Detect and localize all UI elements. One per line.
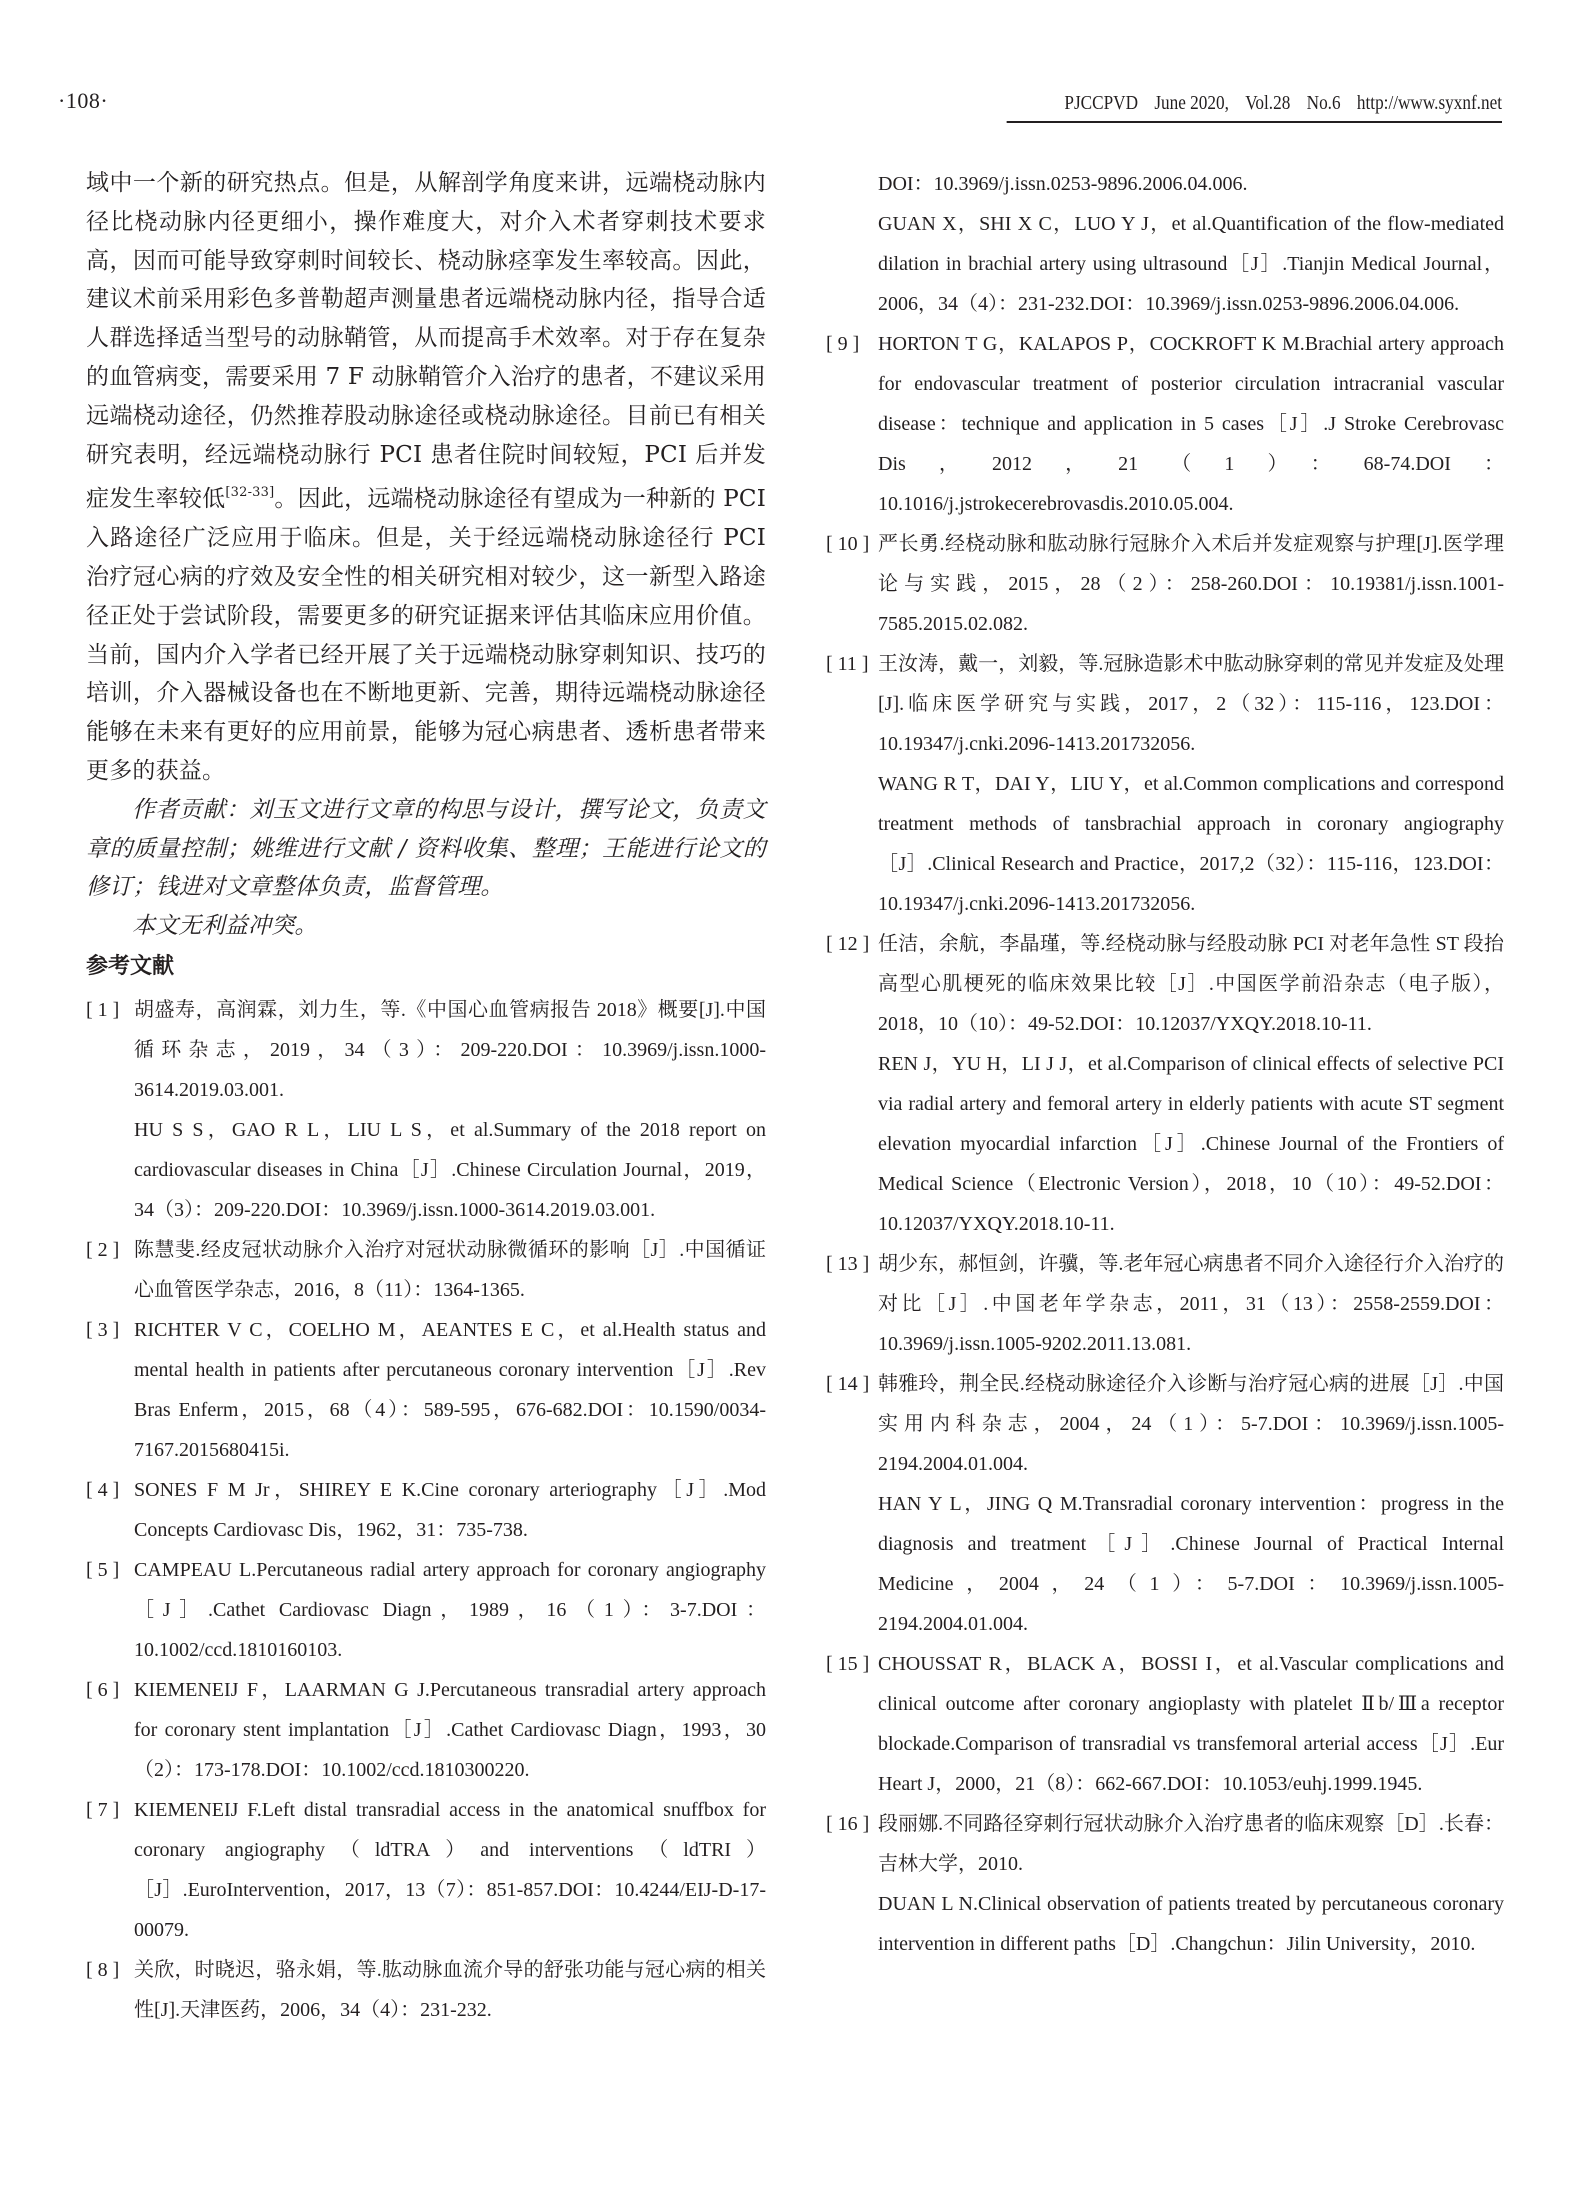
reference-text: CAMPEAU L.Percutaneous radial artery app… <box>134 1550 766 1670</box>
reference-number[interactable]: [ 8 ] <box>86 1950 119 1990</box>
left-column: 域中一个新的研究热点。但是，从解剖学角度来讲，远端桡动脉内径比桡动脉内径更细小，… <box>86 164 766 2030</box>
reference-item: [ 10 ] 严长勇.经桡动脉和肱动脉行冠脉介入术后并发症观察与护理[J].医学… <box>826 524 1504 644</box>
reference-text: 严长勇.经桡动脉和肱动脉行冠脉介入术后并发症观察与护理[J].医学理论与实践，2… <box>878 524 1504 644</box>
reference-number[interactable]: [ 14 ] <box>826 1364 869 1404</box>
reference-number[interactable]: [ 10 ] <box>826 524 869 564</box>
discussion-paragraph: 域中一个新的研究热点。但是，从解剖学角度来讲，远端桡动脉内径比桡动脉内径更细小，… <box>86 164 766 791</box>
issue-date: June 2020, <box>1154 92 1229 114</box>
reference-item: [ 16 ] 段丽娜.不同路径穿刺行冠状动脉介入治疗患者的临床观察［D］.长春：… <box>826 1804 1504 1964</box>
page-number: ·108· <box>58 88 108 114</box>
reference-text: KIEMENEIJ F，LAARMAN G J.Percutaneous tra… <box>134 1670 766 1790</box>
reference-item: [ 1 ] 胡盛寿，高润霖，刘力生，等.《中国心血管病报告 2018》概要[J]… <box>86 990 766 1230</box>
reference-text: KIEMENEIJ F.Left distal transradial acce… <box>134 1790 766 1950</box>
reference-number[interactable]: [ 6 ] <box>86 1670 119 1710</box>
reference-item: [ 3 ] RICHTER V C，COELHO M，AEANTES E C，e… <box>86 1310 766 1470</box>
right-column: DOI：10.3969/j.issn.0253-9896.2006.04.006… <box>826 164 1504 1964</box>
reference-text: 王汝涛，戴一，刘毅，等.冠脉造影术中肱动脉穿刺的常见并发症及处理[J].临床医学… <box>878 644 1504 764</box>
reference-text: HORTON T G，KALAPOS P，COCKROFT K M.Brachi… <box>878 324 1504 524</box>
reference-item: [ 9 ] HORTON T G，KALAPOS P，COCKROFT K M.… <box>826 324 1504 524</box>
author-contribution: 作者贡献：刘玉文进行文章的构思与设计，撰写论文，负责文章的质量控制；姚维进行文献… <box>86 791 766 907</box>
reference-number[interactable]: [ 12 ] <box>826 924 869 964</box>
references-heading: 参考文献 <box>86 948 766 986</box>
volume: Vol.28 <box>1245 92 1290 114</box>
reference-text: 任洁，余航，李晶瑾，等.经桡动脉与经股动脉 PCI 对老年急性 ST 段抬高型心… <box>878 924 1504 1044</box>
reference-text: 胡少东，郝恒剑，许骥，等.老年冠心病患者不同介入途径行介入治疗的对比［J］.中国… <box>878 1244 1504 1364</box>
reference-item: [ 4 ] SONES F M Jr，SHIREY E K.Cine coron… <box>86 1470 766 1550</box>
journal-website-link[interactable]: http://www.syxnf.net <box>1357 92 1502 114</box>
reference-translation: WANG R T，DAI Y，LIU Y，et al.Common compli… <box>878 764 1504 924</box>
reference-number[interactable]: [ 9 ] <box>826 324 859 364</box>
reference-number[interactable]: [ 13 ] <box>826 1244 869 1284</box>
reference-item-continued: DOI：10.3969/j.issn.0253-9896.2006.04.006… <box>826 164 1504 324</box>
reference-text: 韩雅玲，荆全民.经桡动脉途径介入诊断与治疗冠心病的进展［J］.中国实用内科杂志，… <box>878 1364 1504 1484</box>
reference-number[interactable]: [ 3 ] <box>86 1310 119 1350</box>
reference-item: [ 13 ] 胡少东，郝恒剑，许骥，等.老年冠心病患者不同介入途径行介入治疗的对… <box>826 1244 1504 1364</box>
reference-item: [ 7 ] KIEMENEIJ F.Left distal transradia… <box>86 1790 766 1950</box>
citation-link[interactable]: [32-33] <box>225 485 274 500</box>
journal-abbreviation: PJCCPVD <box>1064 92 1138 114</box>
reference-text: 段丽娜.不同路径穿刺行冠状动脉介入治疗患者的临床观察［D］.长春：吉林大学，20… <box>878 1804 1504 1884</box>
reference-item: [ 12 ] 任洁，余航，李晶瑾，等.经桡动脉与经股动脉 PCI 对老年急性 S… <box>826 924 1504 1244</box>
reference-translation: HU S S，GAO R L，LIU L S，et al.Summary of … <box>134 1110 766 1230</box>
reference-number[interactable]: [ 5 ] <box>86 1550 119 1590</box>
reference-number[interactable]: [ 11 ] <box>826 644 869 684</box>
reference-text: 关欣，时晓迟，骆永娟，等.肱动脉血流介导的舒张功能与冠心病的相关性[J].天津医… <box>134 1950 766 2030</box>
reference-translation: HAN Y L，JING Q M.Transradial coronary in… <box>878 1484 1504 1644</box>
reference-number[interactable]: [ 16 ] <box>826 1804 869 1844</box>
reference-text: 陈慧斐.经皮冠状动脉介入治疗对冠状动脉微循环的影响［J］.中国循证心血管医学杂志… <box>134 1230 766 1310</box>
reference-number[interactable]: [ 4 ] <box>86 1470 119 1510</box>
reference-item: [ 2 ] 陈慧斐.经皮冠状动脉介入治疗对冠状动脉微循环的影响［J］.中国循证心… <box>86 1230 766 1310</box>
reference-item: [ 6 ] KIEMENEIJ F，LAARMAN G J.Percutaneo… <box>86 1670 766 1790</box>
reference-text: RICHTER V C，COELHO M，AEANTES E C，et al.H… <box>134 1310 766 1470</box>
reference-text: 胡盛寿，高润霖，刘力生，等.《中国心血管病报告 2018》概要[J].中国循环杂… <box>134 990 766 1110</box>
reference-text: CHOUSSAT R，BLACK A，BOSSI I，et al.Vascula… <box>878 1644 1504 1804</box>
reference-text-cont: DOI：10.3969/j.issn.0253-9896.2006.04.006… <box>878 164 1504 204</box>
reference-translation: DUAN L N.Clinical observation of patient… <box>878 1884 1504 1964</box>
reference-number[interactable]: [ 1 ] <box>86 990 119 1030</box>
reference-item: [ 11 ] 王汝涛，戴一，刘毅，等.冠脉造影术中肱动脉穿刺的常见并发症及处理[… <box>826 644 1504 924</box>
reference-number[interactable]: [ 2 ] <box>86 1230 119 1270</box>
conflict-of-interest: 本文无利益冲突。 <box>86 907 766 946</box>
reference-item: [ 8 ] 关欣，时晓迟，骆永娟，等.肱动脉血流介导的舒张功能与冠心病的相关性[… <box>86 1950 766 2030</box>
reference-translation: GUAN X，SHI X C，LUO Y J，et al.Quantificat… <box>878 204 1504 324</box>
reference-item: [ 15 ] CHOUSSAT R，BLACK A，BOSSI I，et al.… <box>826 1644 1504 1804</box>
paragraph-text-cont: 。因此，远端桡动脉途径有望成为一种新的 PCI 入路途径广泛应用于临床。但是，关… <box>86 486 766 784</box>
reference-item: [ 5 ] CAMPEAU L.Percutaneous radial arte… <box>86 1550 766 1670</box>
running-head: PJCCPVD June 2020, Vol.28 No.6 http://ww… <box>1007 92 1502 123</box>
reference-number[interactable]: [ 15 ] <box>826 1644 869 1684</box>
reference-number[interactable]: [ 7 ] <box>86 1790 119 1830</box>
reference-item: [ 14 ] 韩雅玲，荆全民.经桡动脉途径介入诊断与治疗冠心病的进展［J］.中国… <box>826 1364 1504 1644</box>
page-header: ·108· PJCCPVD June 2020, Vol.28 No.6 htt… <box>0 0 1580 130</box>
reference-translation: REN J，YU H，LI J J，et al.Comparison of cl… <box>878 1044 1504 1244</box>
issue-number: No.6 <box>1307 92 1341 114</box>
reference-text: SONES F M Jr，SHIREY E K.Cine coronary ar… <box>134 1470 766 1550</box>
paragraph-text: 域中一个新的研究热点。但是，从解剖学角度来讲，远端桡动脉内径比桡动脉内径更细小，… <box>86 170 766 512</box>
